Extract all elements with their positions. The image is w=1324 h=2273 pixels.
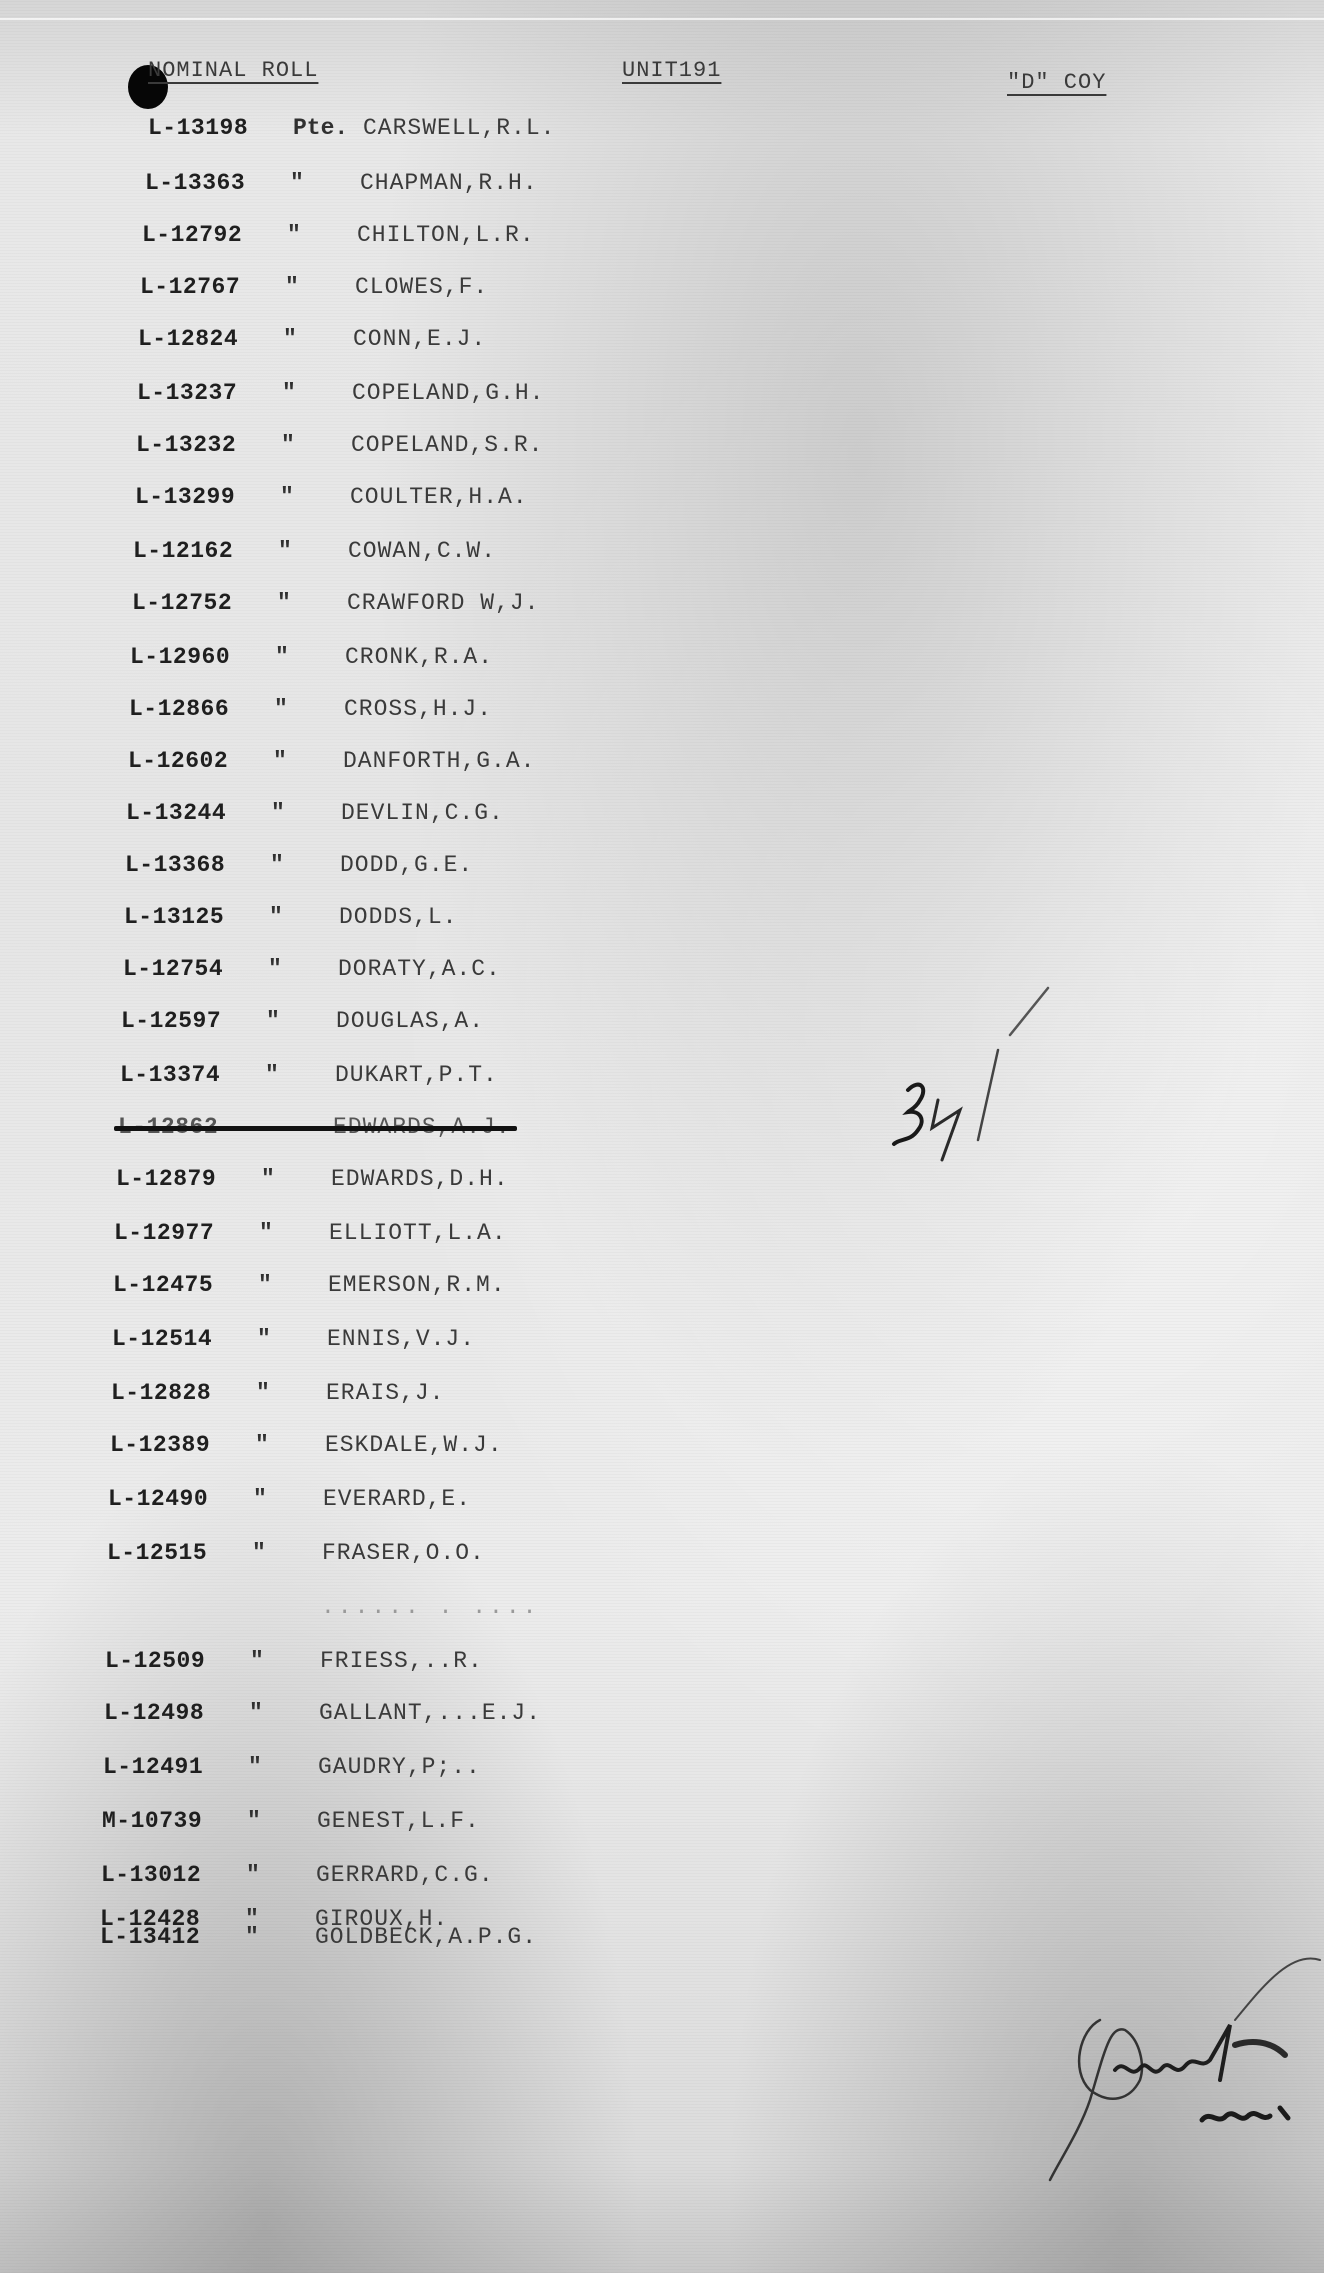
soldier-name: DUKART,P.T. (335, 1062, 498, 1088)
rank: " (259, 1220, 329, 1246)
roll-entry-row: L-12792"CHILTON,L.R. (142, 222, 535, 254)
soldier-name: CRAWFORD W,J. (347, 590, 539, 616)
service-number: L-12754 (123, 956, 268, 982)
soldier-name: GENEST,L.F. (317, 1808, 480, 1834)
service-number: L-13374 (120, 1062, 265, 1088)
service-number: L-13237 (137, 380, 282, 406)
rank: " (270, 852, 340, 878)
roll-entry-row: L-13012"GERRARD,C.G. (101, 1862, 494, 1894)
rank: " (253, 1486, 323, 1512)
margin-mark-annotation (880, 970, 1060, 1170)
roll-entry-row: L-13244"DEVLIN,C.G. (126, 800, 504, 832)
soldier-name: DORATY,A.C. (338, 956, 501, 982)
soldier-name: DOUGLAS,A. (336, 1008, 484, 1034)
service-number: L-12514 (112, 1326, 257, 1352)
rank: " (245, 1924, 315, 1950)
rank: " (277, 590, 347, 616)
rank: " (255, 1432, 325, 1458)
soldier-name: CRONK,R.A. (345, 644, 493, 670)
roll-entry-row: L-13232"COPELAND,S.R. (136, 432, 543, 464)
soldier-name: CARSWELL,R.L. (363, 115, 555, 141)
service-number: L-13412 (100, 1924, 245, 1950)
rank: " (281, 432, 351, 458)
soldier-name: ENNIS,V.J. (327, 1326, 475, 1352)
soldier-name: GAUDRY,P;.. (318, 1754, 481, 1780)
rank: " (271, 800, 341, 826)
rank: " (252, 1540, 322, 1566)
roll-entry-row: L-12597"DOUGLAS,A. (121, 1008, 484, 1040)
service-number: L-12862 (118, 1114, 263, 1140)
service-number: L-13232 (136, 432, 281, 458)
roll-entry-row: L-12498"GALLANT,...E.J. (104, 1700, 541, 1732)
roll-entry-row: L-12491"GAUDRY,P;.. (103, 1754, 481, 1786)
roll-entry-row: L-13412"GOLDBECK,A.P.G. (100, 1924, 537, 1946)
service-number: L-12515 (107, 1540, 252, 1566)
roll-entry-row: L-13237"COPELAND,G.H. (137, 380, 544, 412)
rank: " (285, 274, 355, 300)
signature (1030, 1930, 1324, 2190)
roll-entry-row: L-12960"CRONK,R.A. (130, 644, 493, 676)
soldier-name: CHILTON,L.R. (357, 222, 535, 248)
roll-entry-row: L-12514"ENNIS,V.J. (112, 1326, 475, 1358)
rank: " (249, 1700, 319, 1726)
service-number: L-12866 (129, 696, 274, 722)
rank: " (274, 696, 344, 722)
rank: " (269, 904, 339, 930)
rank: " (257, 1326, 327, 1352)
roll-entry-row: L-12977"ELLIOTT,L.A. (114, 1220, 507, 1252)
roll-entry-row: L-12752"CRAWFORD W,J. (132, 590, 539, 622)
roll-entry-row: L-12162"COWAN,C.W. (133, 538, 496, 570)
service-number: L-12597 (121, 1008, 266, 1034)
soldier-name: EMERSON,R.M. (328, 1272, 506, 1298)
service-number: L-12490 (108, 1486, 253, 1512)
soldier-name: GOLDBECK,A.P.G. (315, 1924, 537, 1950)
service-number: L-12602 (128, 748, 273, 774)
roll-entry-row: L-12767"CLOWES,F. (140, 274, 488, 306)
rank: " (290, 170, 360, 196)
soldier-name: ELLIOTT,L.A. (329, 1220, 507, 1246)
soldier-name: COPELAND,G.H. (352, 380, 544, 406)
roll-entry-row: L-13125"DODDS,L. (124, 904, 457, 936)
roll-entry-row: M-10739"GENEST,L.F. (102, 1808, 480, 1840)
service-number: L-13012 (101, 1862, 246, 1888)
soldier-name: CONN,E.J. (353, 326, 486, 352)
service-number: L-12824 (138, 326, 283, 352)
service-number: L-12389 (110, 1432, 255, 1458)
roll-entry-row: L-12824"CONN,E.J. (138, 326, 486, 358)
soldier-name: ESKDALE,W.J. (325, 1432, 503, 1458)
rank: " (266, 1008, 336, 1034)
document-title: NOMINAL ROLL (148, 58, 318, 83)
company-label: "D" COY (1007, 70, 1106, 95)
soldier-name: COULTER,H.A. (350, 484, 528, 510)
soldier-name: CROSS,H.J. (344, 696, 492, 722)
soldier-name: DANFORTH,G.A. (343, 748, 535, 774)
soldier-name: EDWARDS,D.H. (331, 1166, 509, 1192)
soldier-name: COPELAND,S.R. (351, 432, 543, 458)
rank: " (283, 326, 353, 352)
roll-entry-row: L-13363"CHAPMAN,R.H. (145, 170, 538, 202)
rank: " (273, 748, 343, 774)
service-number: L-13368 (125, 852, 270, 878)
service-number: L-12491 (103, 1754, 248, 1780)
service-number: L-12828 (111, 1380, 256, 1406)
roll-entry-row: L-12515"FRASER,O.O. (107, 1540, 485, 1572)
service-number: L-12767 (140, 274, 285, 300)
soldier-name: GALLANT,...E.J. (319, 1700, 541, 1726)
roll-entry-row: L-12490"EVERARD,E. (108, 1486, 471, 1518)
soldier-name: DEVLIN,C.G. (341, 800, 504, 826)
soldier-name: GERRARD,C.G. (316, 1862, 494, 1888)
service-number: L-13125 (124, 904, 269, 930)
service-number: L-13244 (126, 800, 271, 826)
struck-entry-row: L-12862EDWARDS,A.J. (118, 1114, 511, 1146)
roll-entry-row: L-13374"DUKART,P.T. (120, 1062, 498, 1094)
soldier-name: FRASER,O.O. (322, 1540, 485, 1566)
soldier-name: ...... . .... (321, 1594, 539, 1620)
unit-label: UNIT191 (622, 58, 721, 83)
soldier-name: EDWARDS,A.J. (333, 1114, 511, 1140)
roll-entry-row: L-13198Pte.CARSWELL,R.L. (148, 115, 555, 147)
service-number: L-12498 (104, 1700, 249, 1726)
roll-entry-row: L-12866"CROSS,H.J. (129, 696, 492, 728)
rank: " (265, 1062, 335, 1088)
service-number: L-13363 (145, 170, 290, 196)
rank: " (268, 956, 338, 982)
soldier-name: COWAN,C.W. (348, 538, 496, 564)
service-number: L-12475 (113, 1272, 258, 1298)
roll-entry-row: L-12475"EMERSON,R.M. (113, 1272, 506, 1304)
soldier-name: DODD,G.E. (340, 852, 473, 878)
roll-entry-row: ...... . .... (106, 1594, 539, 1626)
roll-entry-row: L-12509"FRIESS,..R. (105, 1648, 483, 1680)
service-number: L-12977 (114, 1220, 259, 1246)
roll-entry-row: L-12602"DANFORTH,G.A. (128, 748, 535, 780)
rank: " (247, 1808, 317, 1834)
rank: Pte. (293, 115, 363, 141)
service-number: L-13299 (135, 484, 280, 510)
service-number: L-12879 (116, 1166, 261, 1192)
roll-entry-row: L-12389"ESKDALE,W.J. (110, 1432, 503, 1464)
fold-line (0, 18, 1324, 20)
rank: " (282, 380, 352, 406)
rank: " (280, 484, 350, 510)
rank: " (258, 1272, 328, 1298)
soldier-name: CLOWES,F. (355, 274, 488, 300)
soldier-name: EVERARD,E. (323, 1486, 471, 1512)
rank: " (256, 1380, 326, 1406)
rank: " (248, 1754, 318, 1780)
service-number: M-10739 (102, 1808, 247, 1834)
rank: " (246, 1862, 316, 1888)
soldier-name: DODDS,L. (339, 904, 457, 930)
roll-entry-row: L-13368"DODD,G.E. (125, 852, 473, 884)
soldier-name: FRIESS,..R. (320, 1648, 483, 1674)
roll-entry-row: L-12879"EDWARDS,D.H. (116, 1166, 509, 1198)
service-number: L-12752 (132, 590, 277, 616)
rank: " (278, 538, 348, 564)
service-number: L-12509 (105, 1648, 250, 1674)
rank: " (261, 1166, 331, 1192)
service-number: L-12162 (133, 538, 278, 564)
service-number: L-13198 (148, 115, 293, 141)
rank: " (287, 222, 357, 248)
roll-entry-row: L-12754"DORATY,A.C. (123, 956, 501, 988)
service-number: L-12960 (130, 644, 275, 670)
soldier-name: ERAIS,J. (326, 1380, 444, 1406)
service-number: L-12792 (142, 222, 287, 248)
soldier-name: CHAPMAN,R.H. (360, 170, 538, 196)
roll-entry-row: L-12828"ERAIS,J. (111, 1380, 444, 1412)
rank: " (275, 644, 345, 670)
rank: " (250, 1648, 320, 1674)
roll-entry-row: L-13299"COULTER,H.A. (135, 484, 528, 516)
